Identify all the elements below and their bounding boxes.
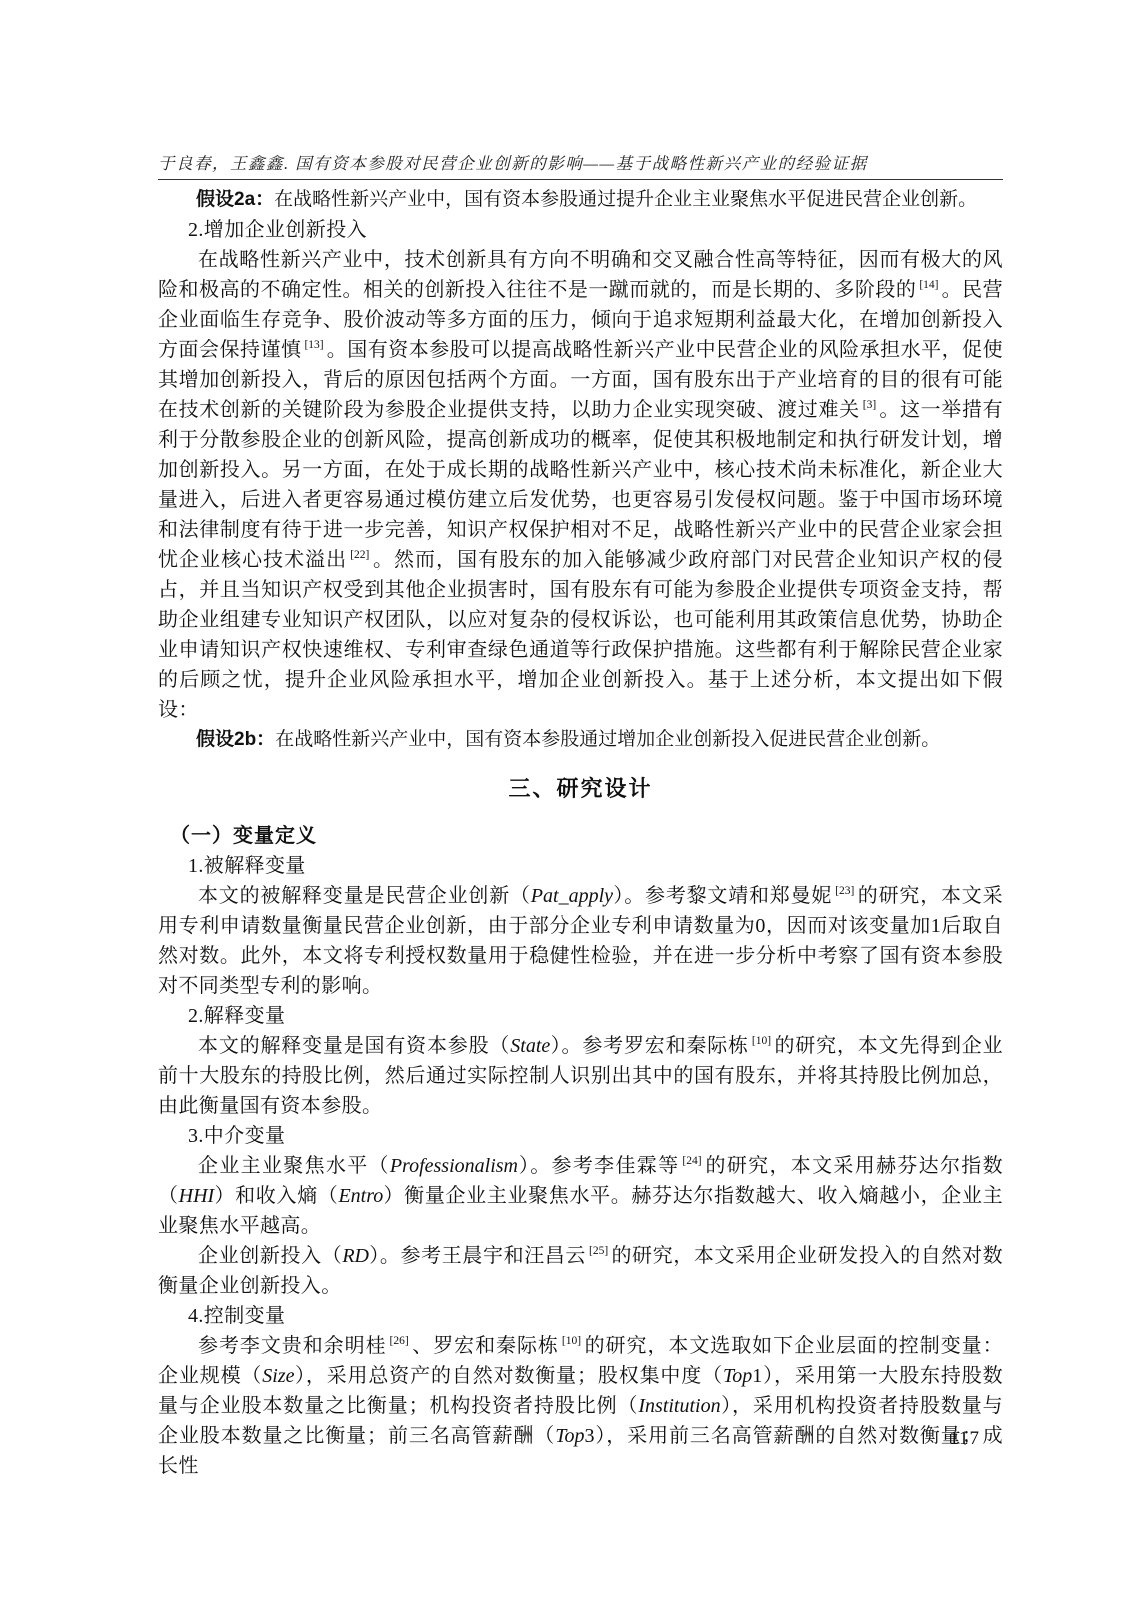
text-run: 在战略性新兴产业中，国有资本参股通过增加企业创新投入促进民营企业创新。: [275, 729, 940, 750]
header-rule: [158, 179, 1003, 180]
text-run: 在战略性新兴产业中，技术创新具有方向不明确和交叉融合性高等特征，因而有极大的风险…: [158, 249, 1003, 301]
text-run: ）。参考李佳霖等: [518, 1155, 679, 1177]
citation-ref: [13]: [304, 339, 323, 351]
text-run: 2.解释变量: [188, 1005, 285, 1027]
text-run: 。这一举措有利于分散参股企业的创新风险，提高创新成功的概率，促使其积极地制定和执…: [158, 399, 1003, 571]
hypothesis-statement: 假设2b：在战略性新兴产业中，国有资本参股通过增加企业创新投入促进民营企业创新。: [158, 725, 1003, 755]
citation-ref: [23]: [835, 885, 854, 897]
body-paragraph: 本文的解释变量是国有资本参股（State）。参考罗宏和秦际栋[10]的研究，本文…: [158, 1031, 1003, 1121]
citation-ref: [22]: [350, 549, 369, 561]
text-run: 1.被解释变量: [188, 855, 306, 877]
variable-symbol: HHI: [179, 1185, 215, 1207]
text-run: 参考李文贵和余明桂: [198, 1335, 387, 1357]
variable-symbol: Top: [555, 1425, 584, 1447]
variable-symbol: Top: [723, 1365, 752, 1387]
running-header: 于良春，王鑫鑫. 国有资本参股对民营企业创新的影响——基于战略性新兴产业的经验证…: [158, 150, 1003, 188]
text-run: 在战略性新兴产业中，国有资本参股通过提升企业主业聚焦水平促进民营企业创新。: [274, 189, 977, 210]
text-run: ）。参考黎文靖和郑曼妮: [613, 885, 832, 907]
citation-ref: [10]: [752, 1035, 771, 1047]
text-run: 、罗宏和秦际栋: [412, 1335, 559, 1357]
body-paragraph: 在战略性新兴产业中，技术创新具有方向不明确和交叉融合性高等特征，因而有极大的风险…: [158, 245, 1003, 725]
citation-ref: [3]: [863, 399, 876, 411]
hypothesis-label: 假设2b：: [196, 729, 275, 750]
numbered-subheading: 4.控制变量: [158, 1301, 1003, 1331]
text-run: 三、研究设计: [508, 776, 652, 801]
text-run: ）和收入熵（: [214, 1185, 338, 1207]
citation-ref: [24]: [682, 1155, 701, 1167]
subsection-heading: （一）变量定义: [158, 821, 1003, 851]
text-run: ）。参考王晨宇和汪昌云: [369, 1245, 586, 1267]
variable-symbol: Pat_apply: [531, 885, 613, 907]
running-header-title: 于良春，王鑫鑫. 国有资本参股对民营企业创新的影响——基于战略性新兴产业的经验证…: [158, 150, 1003, 174]
journal-page: 于良春，王鑫鑫. 国有资本参股对民营企业创新的影响——基于战略性新兴产业的经验证…: [0, 0, 1140, 1600]
text-run: ），采用总资产的自然对数衡量；股权集中度（: [295, 1365, 723, 1387]
body-paragraph: 参考李文贵和余明桂[26]、罗宏和秦际栋[10]的研究，本文选取如下企业层面的控…: [158, 1331, 1003, 1481]
body-paragraph: 企业主业聚焦水平（Professionalism）。参考李佳霖等[24]的研究，…: [158, 1151, 1003, 1241]
text-run: 企业创新投入（: [198, 1245, 342, 1267]
citation-ref: [14]: [919, 279, 938, 291]
article-body: 假设2a：在战略性新兴产业中，国有资本参股通过提升企业主业聚焦水平促进民营企业创…: [158, 185, 1003, 1481]
hypothesis-label: 假设2a：: [196, 189, 274, 210]
text-run: 本文的被解释变量是民营企业创新（: [198, 885, 531, 907]
variable-symbol: Size: [262, 1365, 294, 1387]
citation-ref: [26]: [390, 1335, 409, 1347]
text-run: 。然而，国有股东的加入能够减少政府部门对民营企业知识产权的侵占，并且当知识产权受…: [158, 549, 1003, 721]
numbered-subheading: 2.解释变量: [158, 1001, 1003, 1031]
body-paragraph: 企业创新投入（RD）。参考王晨宇和汪昌云[25]的研究，本文采用企业研发投入的自…: [158, 1241, 1003, 1301]
text-run: 企业主业聚焦水平（: [198, 1155, 390, 1177]
page-number: 117: [949, 1428, 980, 1450]
numbered-subheading: 2.增加企业创新投入: [158, 215, 1003, 245]
body-paragraph: 本文的被解释变量是民营企业创新（Pat_apply）。参考黎文靖和郑曼妮[23]…: [158, 881, 1003, 1001]
variable-symbol: State: [510, 1035, 550, 1057]
variable-symbol: Professionalism: [390, 1155, 518, 1177]
hypothesis-statement: 假设2a：在战略性新兴产业中，国有资本参股通过提升企业主业聚焦水平促进民营企业创…: [158, 185, 1003, 215]
variable-symbol: RD: [342, 1245, 369, 1267]
text-run: 3.中介变量: [188, 1125, 285, 1147]
numbered-subheading: 1.被解释变量: [158, 851, 1003, 881]
section-heading: 三、研究设计: [158, 773, 1003, 805]
text-run: 2.增加企业创新投入: [188, 219, 367, 241]
variable-symbol: Entro: [338, 1185, 383, 1207]
text-run: 本文的解释变量是国有资本参股（: [198, 1035, 510, 1057]
text-run: （一）变量定义: [170, 825, 317, 847]
numbered-subheading: 3.中介变量: [158, 1121, 1003, 1151]
variable-symbol: Institution: [638, 1395, 720, 1417]
text-run: 4.控制变量: [188, 1305, 285, 1327]
citation-ref: [25]: [589, 1245, 608, 1257]
text-run: ）。参考罗宏和秦际栋: [550, 1035, 749, 1057]
citation-ref: [10]: [562, 1335, 581, 1347]
